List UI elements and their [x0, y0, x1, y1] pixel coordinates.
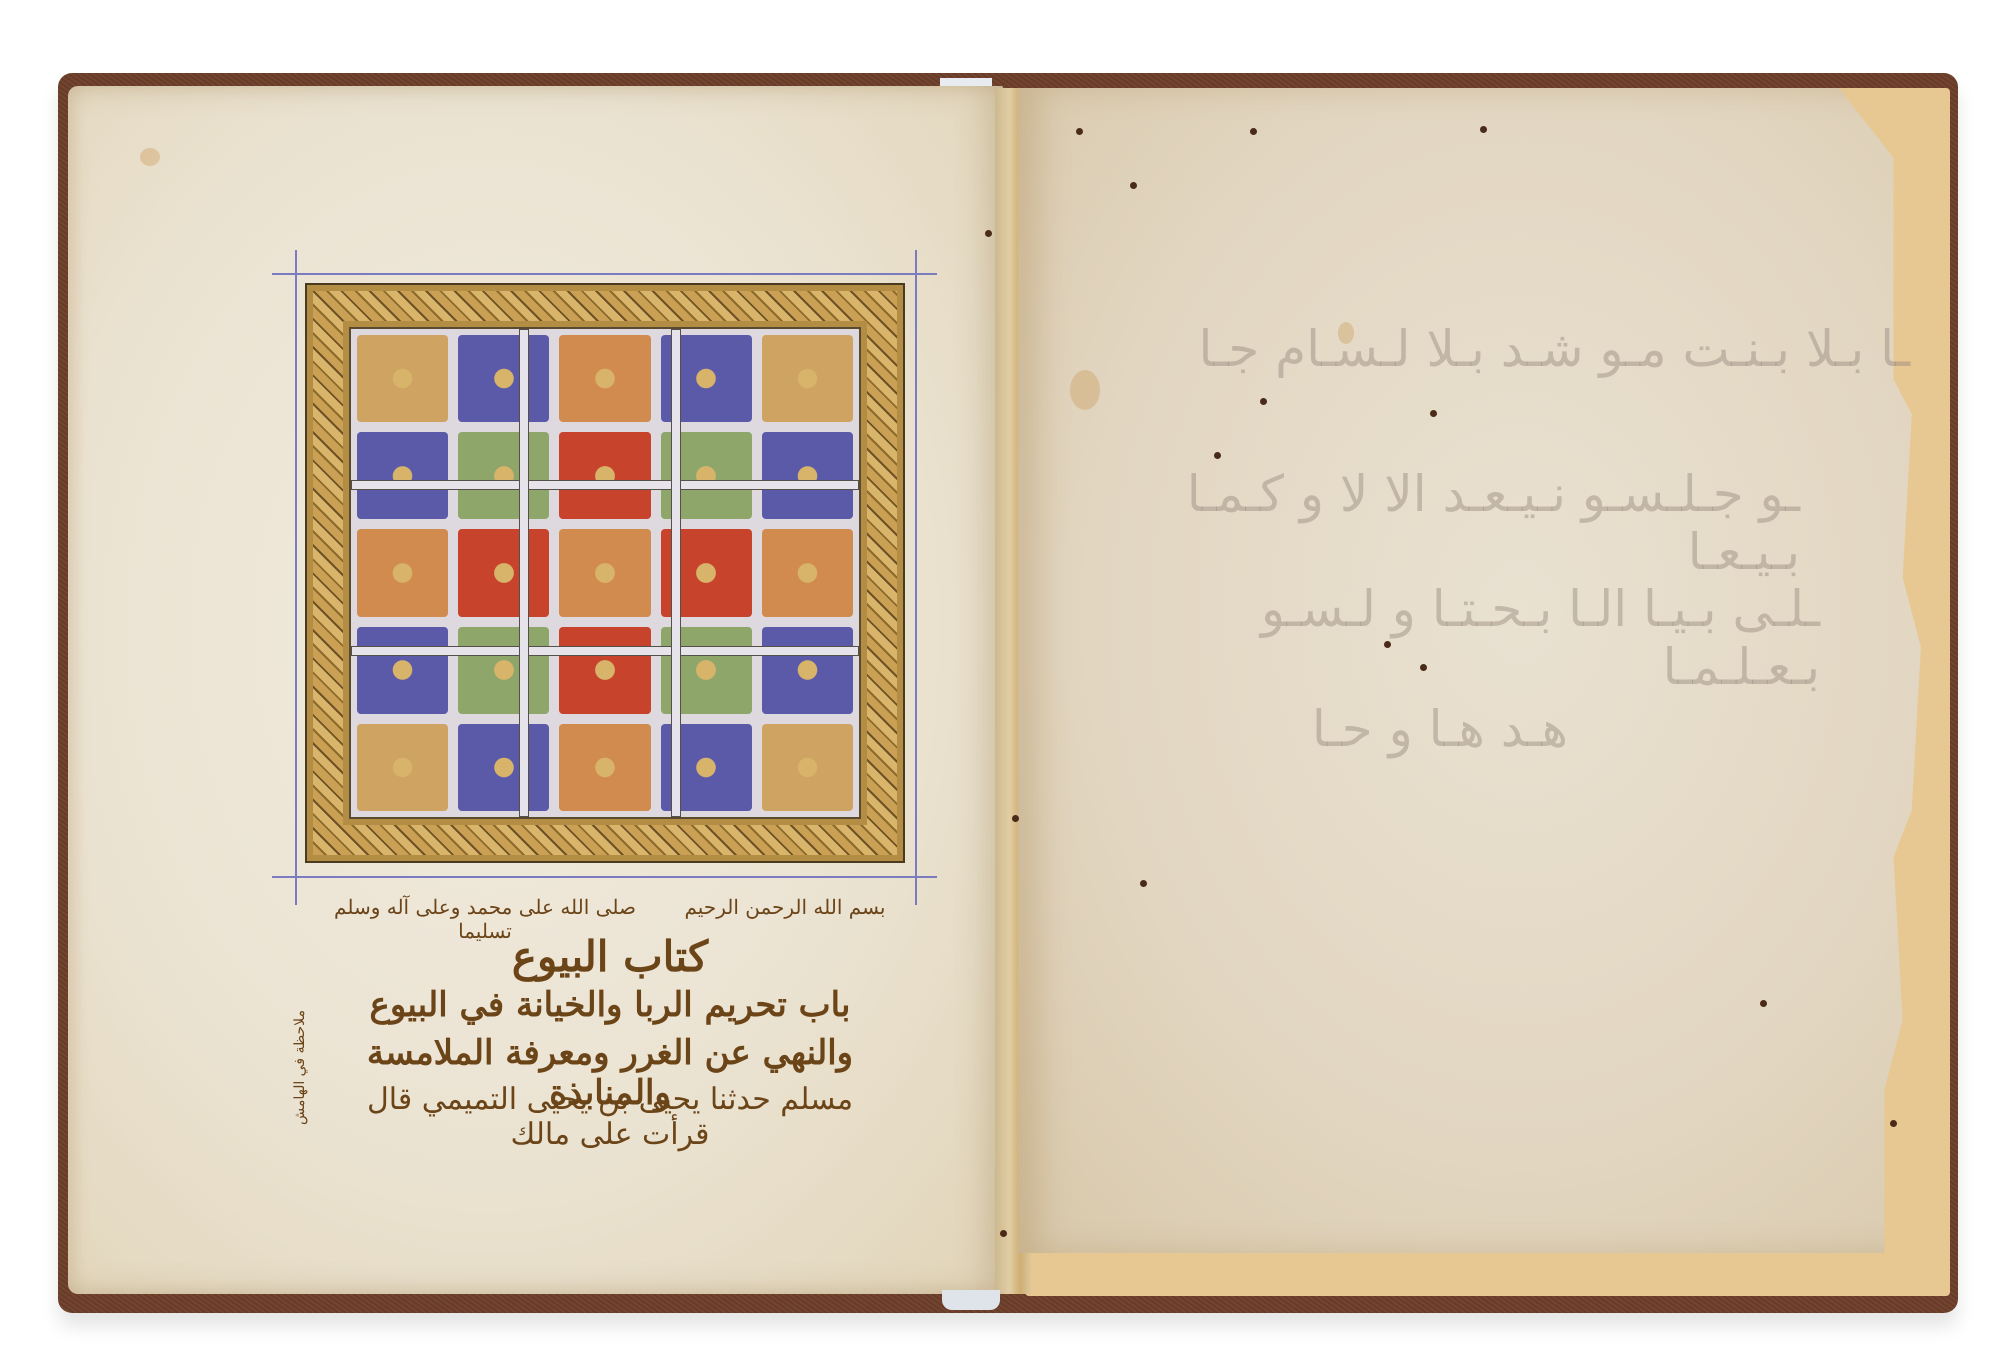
interlace-cell-blue: [762, 627, 853, 714]
interlace-field: [349, 327, 861, 819]
ruling-left: [295, 250, 297, 905]
interlace-cell-orange: [357, 529, 448, 616]
kufic-line-4: هـد هـا و حـا: [1300, 700, 1580, 758]
wormhole: [1260, 398, 1267, 405]
paper-tab-bottom: [942, 1290, 1000, 1310]
wormhole: [1214, 452, 1221, 459]
stain: [1070, 370, 1100, 410]
strap-h1: [351, 480, 859, 490]
wormhole: [1430, 410, 1437, 417]
text-line-3: مسلم حدثنا يحيى بن يحيى التميمي قال قرأت…: [330, 1082, 890, 1152]
interlace-cell-blue: [357, 432, 448, 519]
interlace-cell-orange: [559, 335, 650, 422]
kufic-line-2: ـو جـلـسـو نـيـعـد الا لا و كـمـا بـيـعـ…: [1120, 465, 1800, 581]
strap-v1: [519, 329, 529, 817]
wormhole: [1420, 664, 1427, 671]
wormhole: [1480, 126, 1487, 133]
interlace-cell-orange: [559, 724, 650, 811]
margin-note: ملاحظة في الهامش: [292, 1010, 308, 1125]
interlace-cell-orange: [762, 529, 853, 616]
stain: [1338, 322, 1354, 344]
ruling-right: [915, 250, 917, 905]
text-line-1: باب تحريم الربا والخيانة في البيوع: [330, 985, 890, 1025]
wormhole: [1130, 182, 1137, 189]
strap-h2: [351, 646, 859, 656]
wormhole: [1000, 1230, 1007, 1237]
wormhole: [1760, 1000, 1767, 1007]
illuminated-panel: [305, 283, 905, 863]
wormhole: [1250, 128, 1257, 135]
interlace-cell-blue: [458, 724, 549, 811]
wormhole: [985, 230, 992, 237]
interlace-cell-green: [458, 432, 549, 519]
wormhole: [1384, 641, 1391, 648]
interlace-grid: [357, 335, 853, 811]
interlace-cell-gold: [762, 724, 853, 811]
stain: [140, 148, 160, 166]
interlace-cell-red: [559, 627, 650, 714]
basmala: بسم الله الرحمن الرحيم: [660, 895, 910, 919]
interlace-cell-blue: [762, 432, 853, 519]
strap-v2: [671, 329, 681, 817]
interlace-cell-gold: [357, 335, 448, 422]
chapter-heading: كتاب البيوع: [330, 932, 890, 981]
ruling-top: [272, 273, 937, 275]
interlace-cell-blue: [357, 627, 448, 714]
interlace-cell-orange: [559, 529, 650, 616]
interlace-cell-green: [458, 627, 549, 714]
wormhole: [1012, 815, 1019, 822]
kufic-line-1: ـا بـلا بـنـت مـو شـد بـلا لـسـام جـا: [1120, 320, 1910, 378]
wormhole: [1076, 128, 1083, 135]
wormhole: [1140, 880, 1147, 887]
interlace-cell-blue: [458, 335, 549, 422]
kufic-line-3: ـلـى بـيـا الـا بـحـتـا و لـسـو بـعـلـمـ…: [1120, 580, 1820, 696]
wormhole: [1890, 1120, 1897, 1127]
interlace-cell-gold: [357, 724, 448, 811]
interlace-cell-gold: [762, 335, 853, 422]
interlace-cell-red: [458, 529, 549, 616]
ruling-bottom: [272, 876, 937, 878]
interlace-cell-red: [559, 432, 650, 519]
